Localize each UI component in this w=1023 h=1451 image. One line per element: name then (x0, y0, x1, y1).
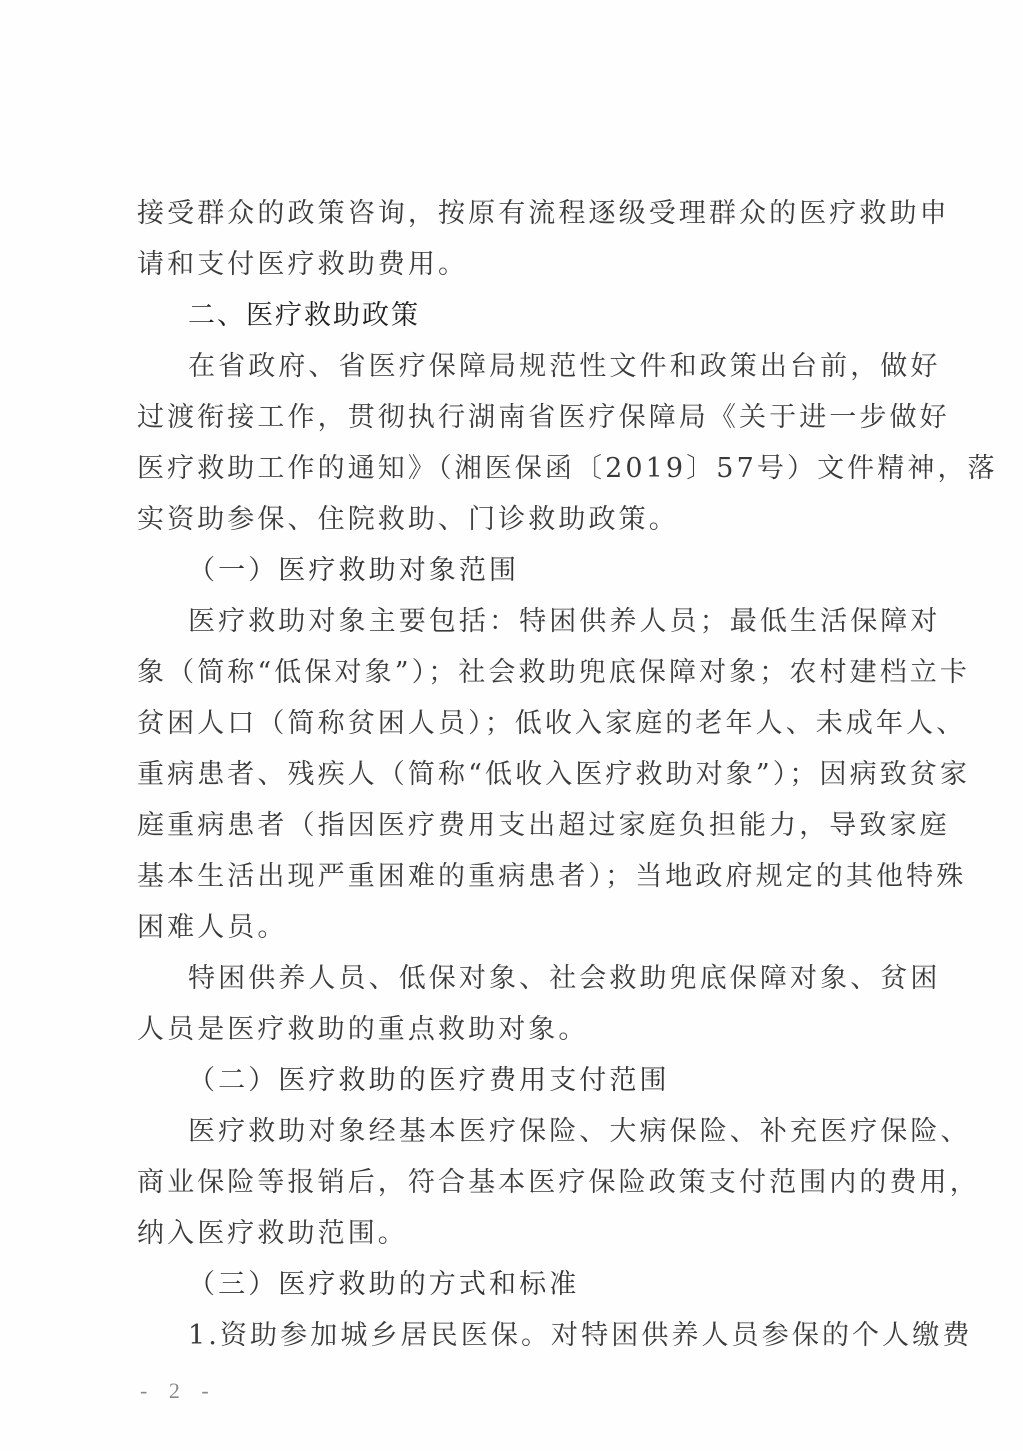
subsection-heading: （一）医疗救助对象范围 (188, 554, 897, 588)
text-line: 基本生活出现严重困难的重病患者）；当地政府规定的其他特殊 (137, 860, 897, 894)
text-line: 特困供养人员、低保对象、社会救助兜底保障对象、贫困 (188, 962, 897, 996)
subsection-heading: （三）医疗救助的方式和标准 (188, 1268, 897, 1302)
text-line: 困难人员。 (137, 911, 897, 945)
subsection-heading: （二）医疗救助的医疗费用支付范围 (188, 1064, 897, 1098)
document-page: 接受群众的政策咨询，按原有流程逐级受理群众的医疗救助申请和支付医疗救助费用。二、… (0, 0, 1023, 1451)
text-line: 医疗救助工作的通知》（湘医保函〔2019〕57号）文件精神，落 (137, 452, 897, 486)
text-line: 在省政府、省医疗保障局规范性文件和政策出台前，做好 (188, 350, 897, 384)
text-line: 过渡衔接工作，贯彻执行湖南省医疗保障局《关于进一步做好 (137, 401, 897, 435)
text-line: 重病患者、残疾人（简称“低收入医疗救助对象”）；因病致贫家 (137, 758, 897, 792)
text-line: 象（简称“低保对象”）；社会救助兜底保障对象；农村建档立卡 (137, 656, 897, 690)
section-heading: 二、医疗救助政策 (188, 299, 897, 333)
text-line: 贫困人口（简称贫困人员）；低收入家庭的老年人、未成年人、 (137, 707, 897, 741)
text-line: 请和支付医疗救助费用。 (137, 248, 897, 282)
page-number: - 2 - (140, 1378, 217, 1404)
text-line: 庭重病患者（指因医疗费用支出超过家庭负担能力，导致家庭 (137, 809, 897, 843)
text-line: 纳入医疗救助范围。 (137, 1217, 897, 1251)
text-line: 医疗救助对象经基本医疗保险、大病保险、补充医疗保险、 (188, 1115, 897, 1149)
text-line: 实资助参保、住院救助、门诊救助政策。 (137, 503, 897, 537)
text-line: 接受群众的政策咨询，按原有流程逐级受理群众的医疗救助申 (137, 197, 897, 231)
text-line: 医疗救助对象主要包括：特困供养人员；最低生活保障对 (188, 605, 897, 639)
text-line: 商业保险等报销后，符合基本医疗保险政策支付范围内的费用， (137, 1166, 897, 1200)
text-line: 人员是医疗救助的重点救助对象。 (137, 1013, 897, 1047)
text-line: 1.资助参加城乡居民医保。对特困供养人员参保的个人缴费 (188, 1319, 897, 1353)
